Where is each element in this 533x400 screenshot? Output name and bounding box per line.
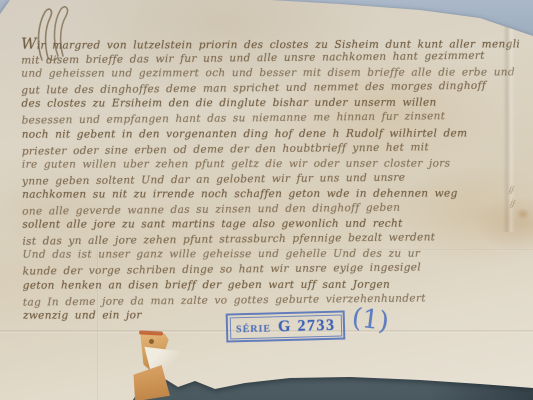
corner-crease <box>470 0 533 27</box>
stamp-reference-number: G 2733 <box>278 317 336 336</box>
parchment: Wir margred von lutzelstein priorin des … <box>0 0 533 400</box>
stain <box>516 208 530 220</box>
stain <box>514 6 524 14</box>
seal-tag-hole <box>149 339 154 344</box>
stamp-series-label: SÉRIE <box>236 323 271 335</box>
item-number-annotation: (1) <box>350 303 390 337</box>
photo: Wir margred von lutzelstein priorin des … <box>0 0 533 400</box>
manuscript-text: Wir margred von lutzelstein priorin des … <box>21 34 521 324</box>
archive-stamp: SÉRIE G 2733 <box>226 310 346 342</box>
parchment-shadow-wrap: Wir margred von lutzelstein priorin des … <box>0 0 533 400</box>
